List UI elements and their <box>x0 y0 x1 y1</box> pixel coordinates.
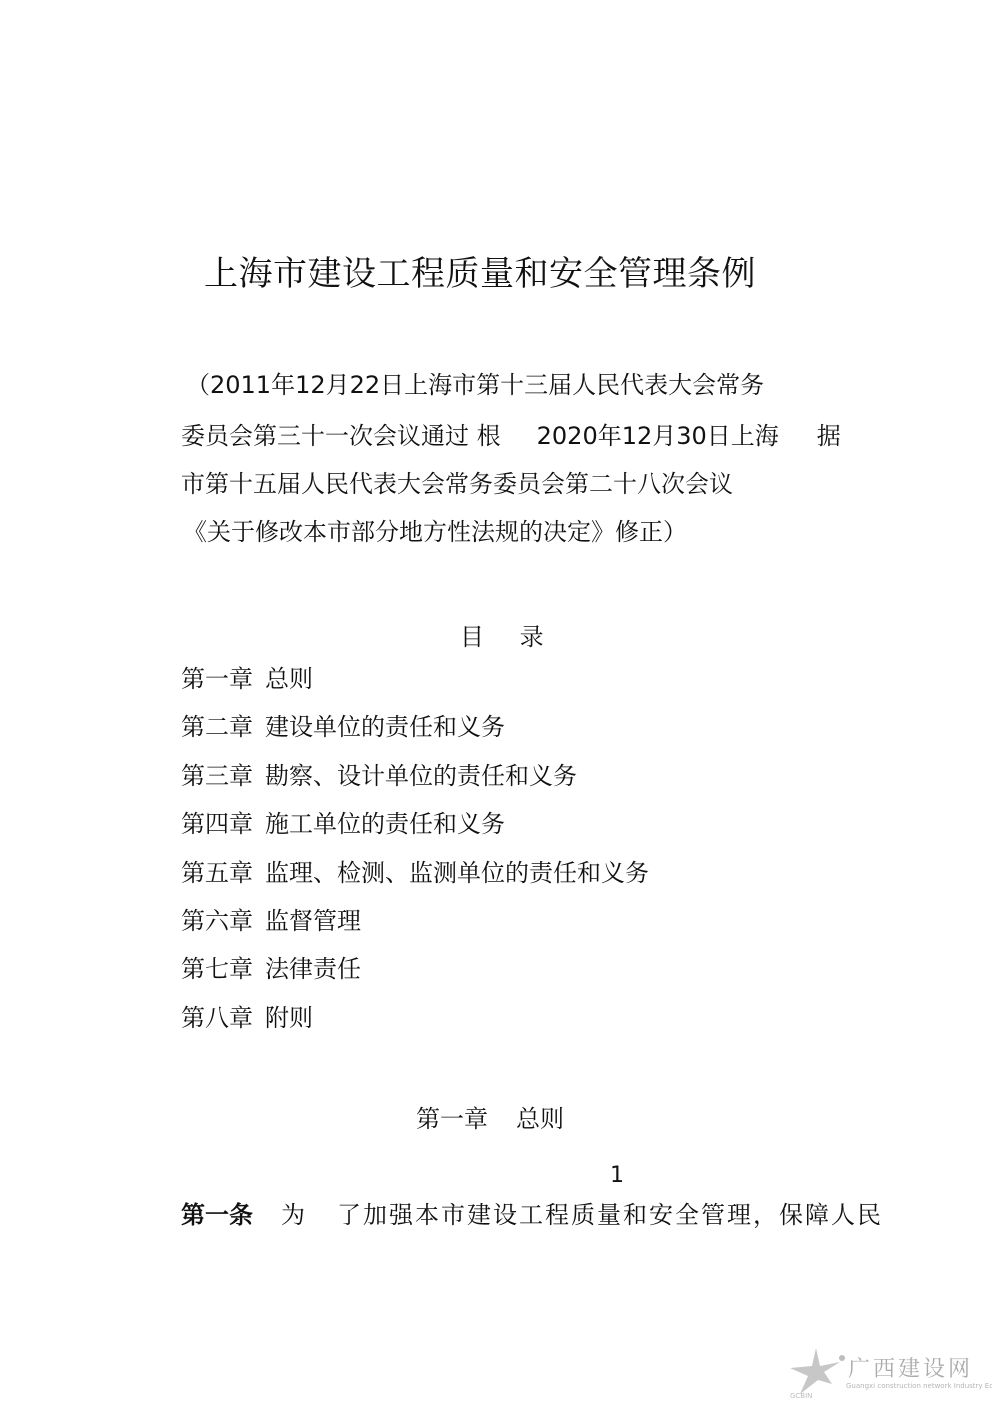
toc-item: 第二章建设单位的责任和义务 <box>181 712 649 760</box>
toc-chapter-label: 施工单位的责任和义务 <box>265 810 505 838</box>
toc-chapter-number: 第三章 <box>181 762 253 790</box>
toc-item: 第五章监理、检测、监测单位的责任和义务 <box>181 858 649 906</box>
chapter-heading: 第一章总则 <box>416 1099 564 1134</box>
toc-item: 第七章法律责任 <box>181 954 649 1002</box>
toc-item: 第三章勘察、设计单位的责任和义务 <box>181 761 649 809</box>
svg-text:GCBIN: GCBIN <box>790 1392 812 1400</box>
toc-item: 第四章施工单位的责任和义务 <box>181 809 649 857</box>
toc-chapter-number: 第一章 <box>181 665 253 693</box>
chapter-number: 第一章 <box>416 1105 488 1133</box>
toc-item: 第八章附则 <box>181 1003 649 1051</box>
watermark-name: 广西建设网 <box>848 1352 973 1383</box>
toc-chapter-label: 法律责任 <box>265 955 361 983</box>
page-number: 1 <box>610 1163 624 1188</box>
watermark-subtitle: Guangxi construction network Industry Ed… <box>846 1382 992 1390</box>
toc-chapter-label: 监督管理 <box>265 907 361 935</box>
toc-title: 目 录 <box>460 617 558 652</box>
article-1: 第一条为了加强本市建设工程质量和安全管理，保障人民 <box>181 1195 883 1230</box>
note-line-2-part-c: 据 <box>817 422 841 450</box>
article-text: 了加强本市建设工程质量和安全管理，保障人民 <box>337 1201 883 1229</box>
toc-chapter-label: 监理、检测、监测单位的责任和义务 <box>265 859 649 887</box>
toc-chapter-label: 附则 <box>265 1004 313 1032</box>
toc-chapter-label: 勘察、设计单位的责任和义务 <box>265 762 577 790</box>
star-logo-icon: GCBIN <box>782 1344 846 1400</box>
table-of-contents: 第一章总则 第二章建设单位的责任和义务 第三章勘察、设计单位的责任和义务 第四章… <box>181 664 649 1051</box>
toc-chapter-number: 第五章 <box>181 859 253 887</box>
chapter-label: 总则 <box>516 1105 564 1133</box>
adoption-note-line-2: 委员会第三十一次会议通过 根2020年12月30日上海据 <box>181 424 841 448</box>
document-title: 上海市建设工程质量和安全管理条例 <box>204 246 756 295</box>
toc-chapter-number: 第四章 <box>181 810 253 838</box>
note-line-2-part-b: 2020年12月30日上海 <box>537 422 779 450</box>
watermark: GCBIN 广西建设网 Guangxi construction network… <box>782 1344 992 1400</box>
toc-chapter-number: 第六章 <box>181 907 253 935</box>
toc-chapter-number: 第二章 <box>181 713 253 741</box>
adoption-note-line-4: 《关于修改本市部分地方性法规的决定》修正） <box>183 520 687 544</box>
toc-chapter-label: 建设单位的责任和义务 <box>265 713 505 741</box>
toc-item: 第六章监督管理 <box>181 906 649 954</box>
article-word: 为 <box>281 1201 307 1229</box>
adoption-note-line-3: 市第十五届人民代表大会常务委员会第二十八次会议 <box>181 472 733 496</box>
toc-chapter-number: 第八章 <box>181 1004 253 1032</box>
toc-chapter-number: 第七章 <box>181 955 253 983</box>
adoption-note-line-1: （2011年12月22日上海市第十三届人民代表大会常务 <box>186 373 764 397</box>
article-label: 第一条 <box>181 1201 253 1229</box>
toc-chapter-label: 总则 <box>265 665 313 693</box>
note-line-2-part-a: 委员会第三十一次会议通过 根 <box>181 422 501 450</box>
toc-item: 第一章总则 <box>181 664 649 712</box>
